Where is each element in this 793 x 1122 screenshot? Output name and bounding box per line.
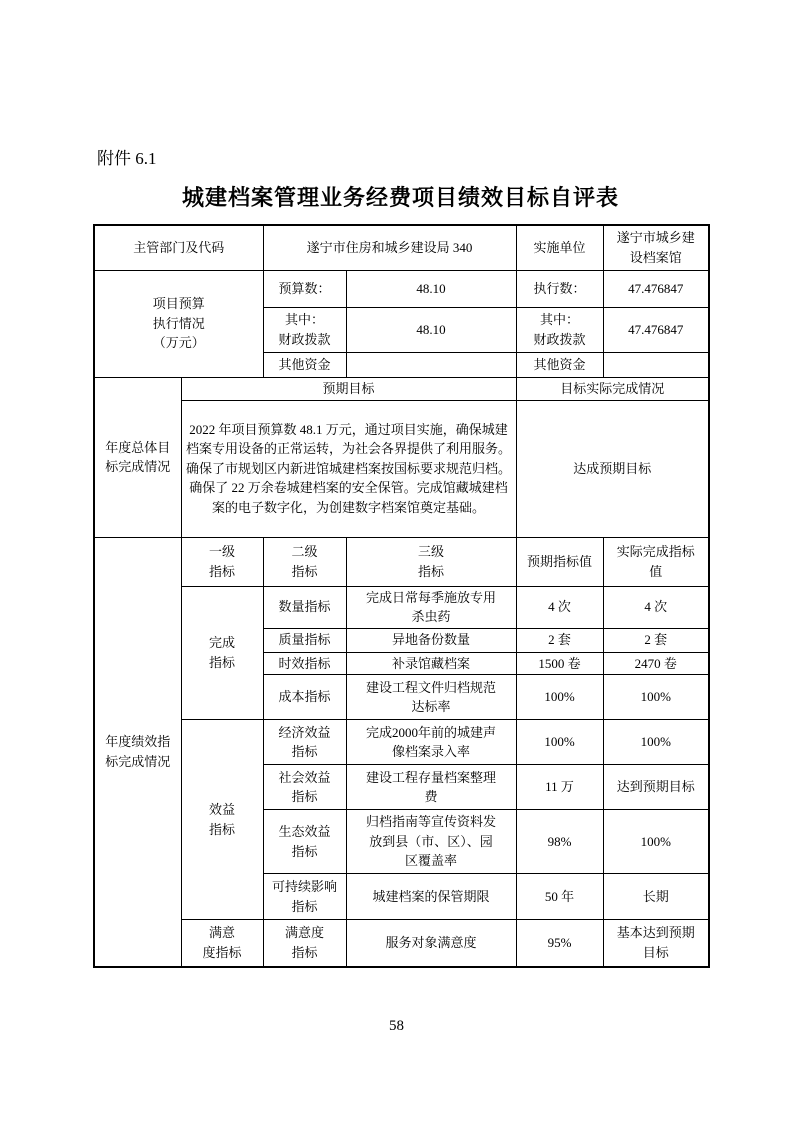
level1-completion-cell: 完成 指标: [181, 586, 263, 720]
exec-amount-label: 执行数：: [516, 270, 603, 307]
level3-cell: 城建档案的保管期限: [346, 874, 516, 920]
expected-value-cell: 50 年: [516, 874, 603, 920]
budget-amount-label: 预算数：: [263, 270, 346, 307]
other-funds-label: 其他资金: [263, 352, 346, 377]
indicator-header-row: 年度绩效指 标完成情况 一级 指标 二级 指标 三级 指标 预期指标值 实际完成…: [94, 537, 709, 586]
other-funds-exec-value: [603, 352, 709, 377]
actual-value-cell: 2470 卷: [603, 652, 709, 675]
fiscal-alloc-value: 48.10: [346, 307, 516, 352]
col-header-expected: 预期指标值: [516, 537, 603, 586]
actual-value-cell: 100%: [603, 720, 709, 765]
overall-header-row: 年度总体目 标完成情况 预期目标 目标实际完成情况: [94, 377, 709, 400]
org-row: 主管部门及代码 遂宁市住房和城乡建设局 340 实施单位 遂宁市城乡建 设档案馆: [94, 225, 709, 270]
level3-cell: 完成日常每季施放专用 杀虫药: [346, 586, 516, 628]
overall-section-label: 年度总体目 标完成情况: [94, 377, 181, 537]
actual-value-cell: 100%: [603, 810, 709, 874]
level2-cell: 质量指标: [263, 628, 346, 652]
level2-cell: 生态效益 指标: [263, 810, 346, 874]
expected-value-cell: 11 万: [516, 765, 603, 810]
indicator-row: 满意 度指标 满意度 指标 服务对象满意度 95% 基本达到预期 目标: [94, 920, 709, 967]
level2-cell: 成本指标: [263, 675, 346, 720]
level2-cell: 时效指标: [263, 652, 346, 675]
level2-cell: 经济效益 指标: [263, 720, 346, 765]
level3-cell: 建设工程文件归档规范 达标率: [346, 675, 516, 720]
expected-value-cell: 95%: [516, 920, 603, 967]
col-header-actual: 实际完成指标 值: [603, 537, 709, 586]
indicator-row: 效益 指标 经济效益 指标 完成2000年前的城建声 像档案录入率 100% 1…: [94, 720, 709, 765]
dept-code-value: 遂宁市住房和城乡建设局 340: [263, 225, 516, 270]
col-header-level1: 一级 指标: [181, 537, 263, 586]
level2-cell: 满意度 指标: [263, 920, 346, 967]
level3-cell: 补录馆藏档案: [346, 652, 516, 675]
other-funds-exec-label: 其他资金: [516, 352, 603, 377]
expected-value-cell: 98%: [516, 810, 603, 874]
self-evaluation-table: 主管部门及代码 遂宁市住房和城乡建设局 340 实施单位 遂宁市城乡建 设档案馆…: [93, 224, 710, 968]
page-number: 58: [0, 1018, 793, 1035]
fiscal-alloc-exec-value: 47.476847: [603, 307, 709, 352]
actual-value-cell: 4 次: [603, 586, 709, 628]
budget-section-label: 项目预算 执行情况 （万元）: [94, 270, 263, 377]
level2-cell: 可持续影响 指标: [263, 874, 346, 920]
expected-value-cell: 2 套: [516, 628, 603, 652]
impl-unit-label: 实施单位: [516, 225, 603, 270]
expected-value-cell: 4 次: [516, 586, 603, 628]
level2-cell: 数量指标: [263, 586, 346, 628]
expected-value-cell: 1500 卷: [516, 652, 603, 675]
actual-value-cell: 长期: [603, 874, 709, 920]
dept-code-label: 主管部门及代码: [94, 225, 263, 270]
expected-value-cell: 100%: [516, 675, 603, 720]
indicator-row: 完成 指标 数量指标 完成日常每季施放专用 杀虫药 4 次 4 次: [94, 586, 709, 628]
indicators-section-label: 年度绩效指 标完成情况: [94, 537, 181, 967]
col-header-level2: 二级 指标: [263, 537, 346, 586]
budget-amount-value: 48.10: [346, 270, 516, 307]
page-title: 城建档案管理业务经费项目绩效目标自评表: [93, 184, 708, 213]
other-funds-value: [346, 352, 516, 377]
fiscal-alloc-label: 其中： 财政拨款: [263, 307, 346, 352]
level3-cell: 建设工程存量档案整理 费: [346, 765, 516, 810]
expected-value-cell: 100%: [516, 720, 603, 765]
budget-row: 项目预算 执行情况 （万元） 预算数： 48.10 执行数： 47.476847: [94, 270, 709, 307]
expected-goal-header: 预期目标: [181, 377, 516, 400]
level3-cell: 服务对象满意度: [346, 920, 516, 967]
exec-amount-value: 47.476847: [603, 270, 709, 307]
attachment-label: 附件 6.1: [97, 149, 157, 169]
actual-goal-text: 达成预期目标: [516, 400, 709, 537]
level1-benefit-cell: 效益 指标: [181, 720, 263, 920]
level1-satisfaction-cell: 满意 度指标: [181, 920, 263, 967]
expected-goal-text: 2022 年项目预算数 48.1 万元，通过项目实施，确保城建档案专用设备的正常…: [181, 400, 516, 537]
overall-content-row: 2022 年项目预算数 48.1 万元，通过项目实施，确保城建档案专用设备的正常…: [94, 400, 709, 537]
actual-value-cell: 100%: [603, 675, 709, 720]
level3-cell: 异地备份数量: [346, 628, 516, 652]
col-header-level3: 三级 指标: [346, 537, 516, 586]
actual-goal-header: 目标实际完成情况: [516, 377, 709, 400]
impl-unit-value: 遂宁市城乡建 设档案馆: [603, 225, 709, 270]
actual-value-cell: 基本达到预期 目标: [603, 920, 709, 967]
actual-value-cell: 2 套: [603, 628, 709, 652]
level3-cell: 完成2000年前的城建声 像档案录入率: [346, 720, 516, 765]
actual-value-cell: 达到预期目标: [603, 765, 709, 810]
level2-cell: 社会效益 指标: [263, 765, 346, 810]
level3-cell: 归档指南等宣传资料发 放到县（市、区）、园 区覆盖率: [346, 810, 516, 874]
fiscal-alloc-exec-label: 其中： 财政拨款: [516, 307, 603, 352]
